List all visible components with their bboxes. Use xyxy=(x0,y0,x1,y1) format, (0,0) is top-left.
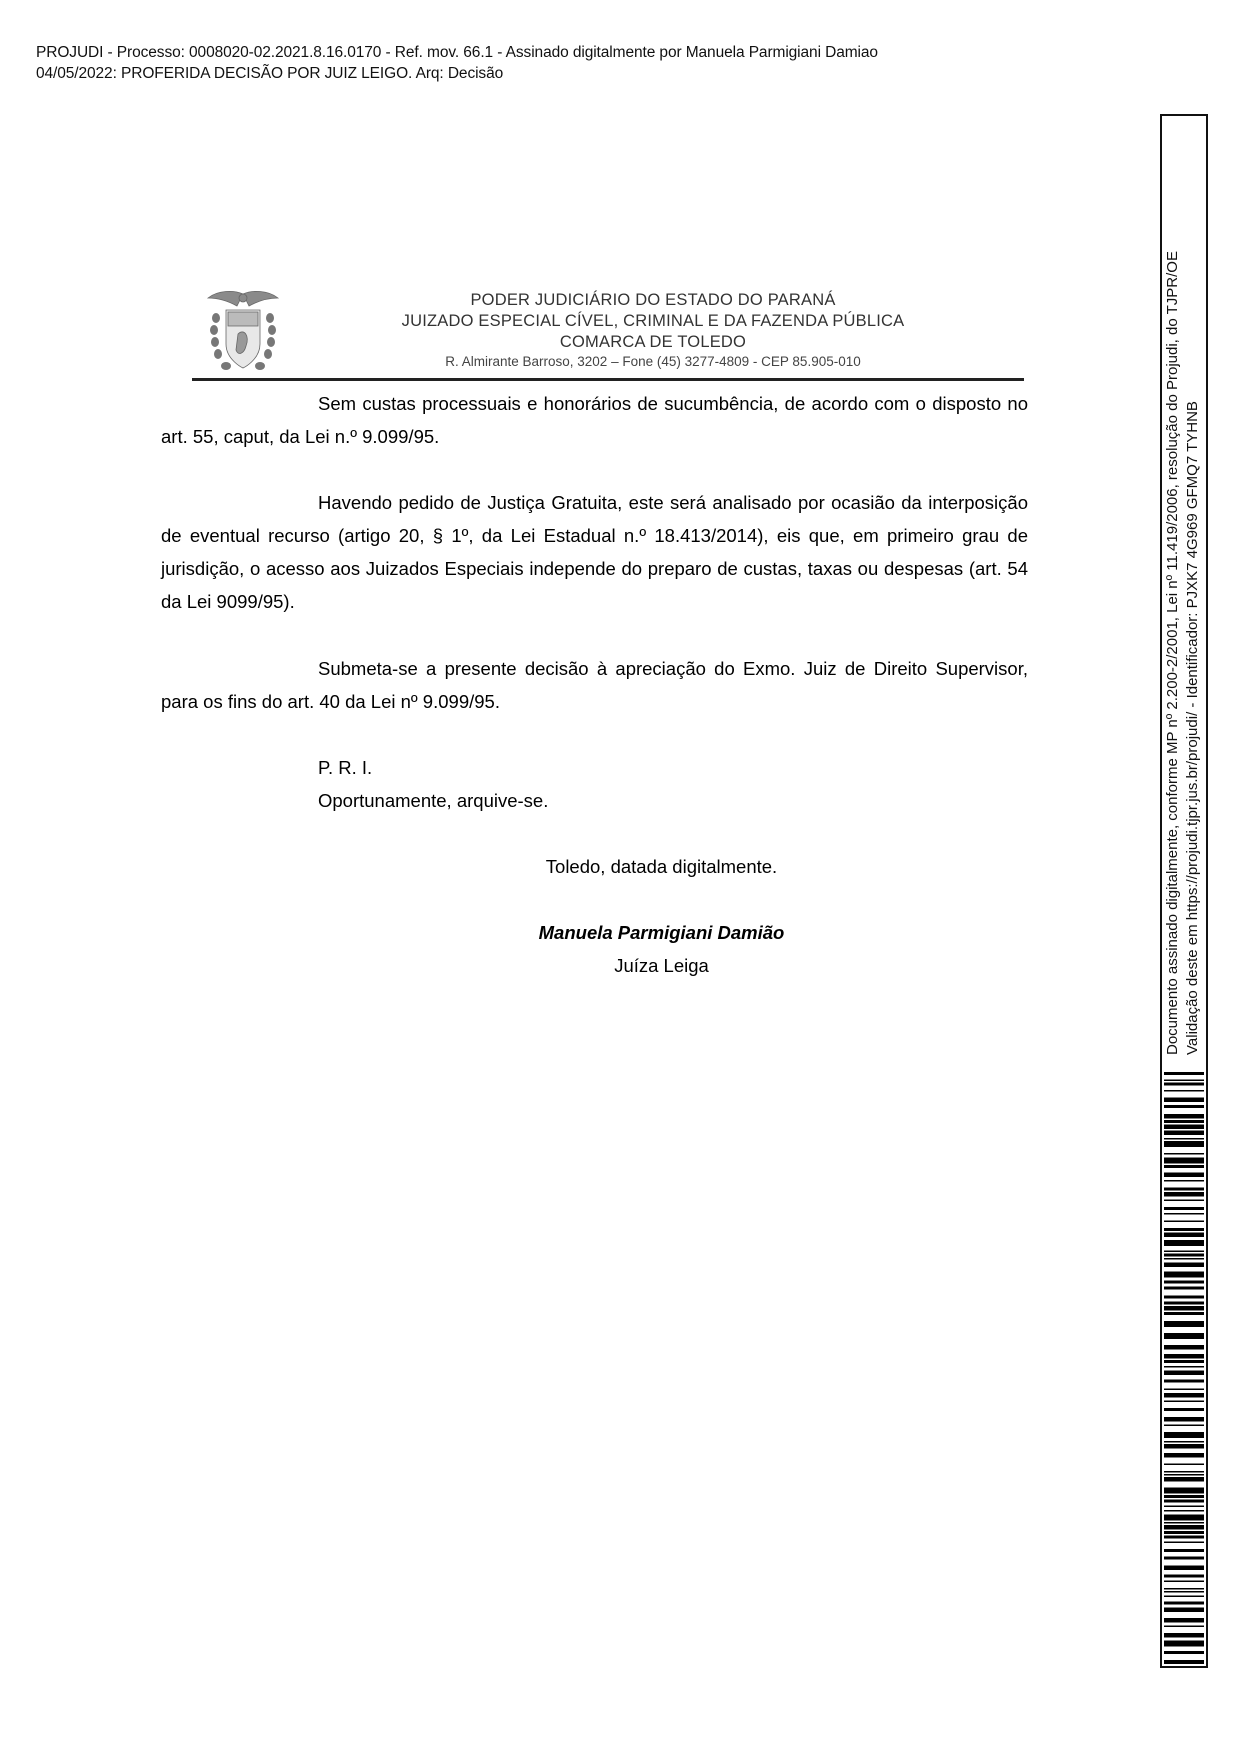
letterhead: PODER JUDICIÁRIO DO ESTADO DO PARANÁ JUI… xyxy=(192,286,1024,384)
signature-legal-basis: Documento assinado digitalmente, conform… xyxy=(1163,115,1183,1055)
paragraph-free-justice: Havendo pedido de Justiça Gratuita, este… xyxy=(161,486,1028,618)
digital-signature-text: Documento assinado digitalmente, conform… xyxy=(1163,115,1205,1055)
paragraph-costs-text: Sem custas processuais e honorários de s… xyxy=(161,393,1028,447)
signature-block: Manuela Parmigiani Damião Juíza Leiga xyxy=(161,916,1028,982)
archive-text: Oportunamente, arquive-se. xyxy=(161,784,1028,817)
signer-name: Manuela Parmigiani Damião xyxy=(539,916,785,949)
court-district: COMARCA DE TOLEDO xyxy=(292,332,1014,353)
closing-orders: P. R. I. Oportunamente, arquive-se. xyxy=(161,751,1028,817)
paragraph-submission: Submeta-se a presente decisão à apreciaç… xyxy=(161,652,1028,718)
court-address: R. Almirante Barroso, 3202 – Fone (45) 3… xyxy=(292,353,1014,371)
place-date-text: Toledo, datada digitalmente. xyxy=(546,850,777,883)
barcode-icon xyxy=(1164,1072,1204,1664)
paragraph-costs: Sem custas processuais e honorários de s… xyxy=(161,387,1028,453)
signature-validation-link: Validação deste em https://projudi.tjpr.… xyxy=(1183,115,1203,1055)
stamp-line-decision: 04/05/2022: PROFERIDA DECISÃO POR JUIZ L… xyxy=(36,63,878,84)
court-name: PODER JUDICIÁRIO DO ESTADO DO PARANÁ xyxy=(292,290,1014,311)
court-division: JUIZADO ESPECIAL CÍVEL, CRIMINAL E DA FA… xyxy=(292,311,1014,332)
place-date: Toledo, datada digitalmente. xyxy=(161,850,1028,883)
letterhead-divider xyxy=(192,378,1024,381)
paragraph-submission-text: Submeta-se a presente decisão à apreciaç… xyxy=(161,658,1028,712)
projudi-header-stamp: PROJUDI - Processo: 0008020-02.2021.8.16… xyxy=(36,42,878,84)
pri-text: P. R. I. xyxy=(161,751,1028,784)
letterhead-text: PODER JUDICIÁRIO DO ESTADO DO PARANÁ JUI… xyxy=(292,290,1014,371)
signer-role: Juíza Leiga xyxy=(614,949,709,982)
paragraph-free-justice-text: Havendo pedido de Justiça Gratuita, este… xyxy=(161,492,1028,612)
coat-of-arms-icon xyxy=(204,288,282,378)
stamp-line-process: PROJUDI - Processo: 0008020-02.2021.8.16… xyxy=(36,42,878,63)
